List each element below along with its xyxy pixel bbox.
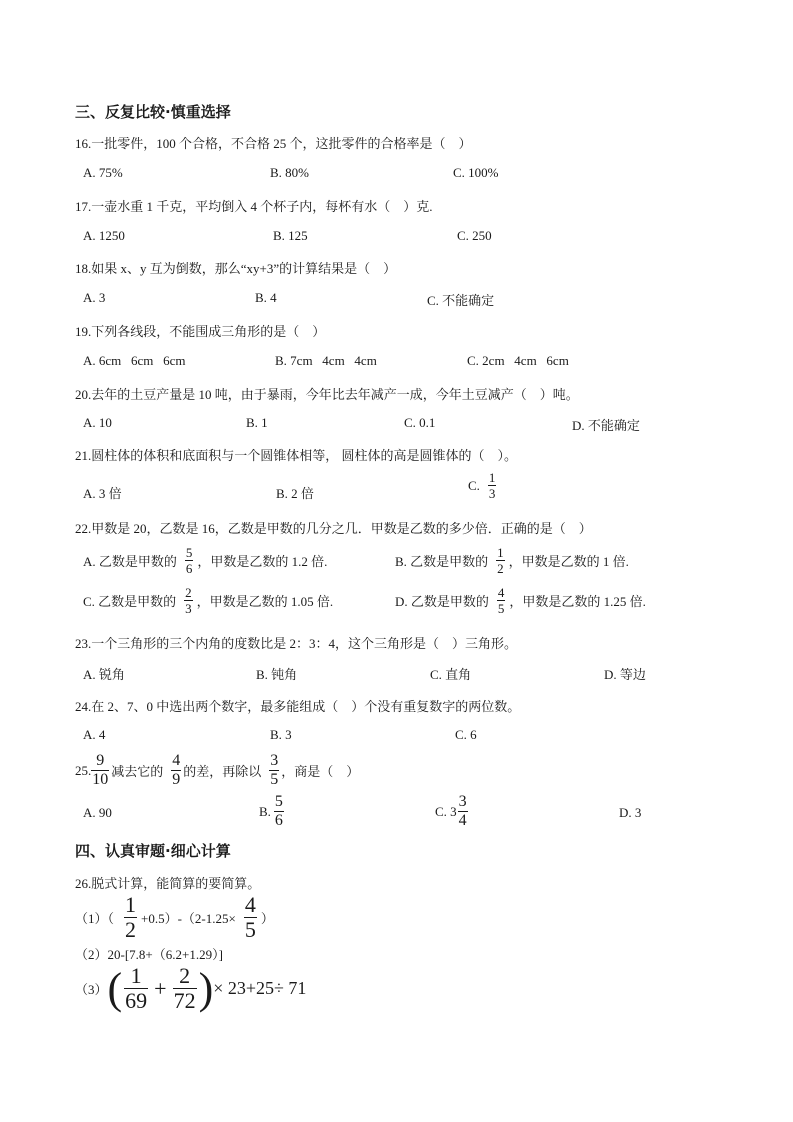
q17-option-a: A. 1250	[83, 228, 125, 244]
q21-option-c-label: C.	[468, 478, 480, 494]
q17-option-b: B. 125	[273, 228, 308, 244]
q18-option-c: C. 不能确定	[427, 290, 494, 309]
q21-fraction: 1 3	[488, 471, 497, 500]
question-19: 19.下列各线段，不能围成三角形的是（ ）	[75, 321, 325, 340]
q17-option-c: C. 250	[457, 228, 492, 244]
question-21: 21.圆柱体的体积和底面积与一个圆锥体相等， 圆柱体的高是圆锥体的（ ）。	[75, 445, 517, 464]
right-paren-icon: )	[199, 967, 214, 1011]
question-17: 17.一壶水重 1 千克，平均倒入 4 个杯子内，每杯有水（ ）克.	[75, 196, 433, 215]
q25-fraction-1: 9 10	[91, 753, 109, 788]
question-24: 24.在 2、7、0 中选出两个数字，最多能组成（ ）个没有重复数字的两位数。	[75, 696, 520, 715]
q20-option-c: C. 0.1	[404, 415, 435, 431]
q22-option-b: B. 乙数是甲数的 1 2 ，甲数是乙数的 1 倍.	[395, 546, 629, 575]
q26-part-3: （3） ( 1 69 + 2 72 ) × 23+25÷ 71	[75, 965, 306, 1012]
q23-option-c: C. 直角	[430, 664, 471, 683]
question-18: 18.如果 x、y 互为倒数，那么“xy+3”的计算结果是（ ）	[75, 258, 396, 277]
q16-option-a: A. 75%	[83, 165, 123, 181]
question-20: 20.去年的土豆产量是 10 吨，由于暴雨，今年比去年减产一成，今年土豆减产（ …	[75, 384, 579, 403]
question-22: 22.甲数是 20，乙数是 16，乙数是甲数的几分之几．甲数是乙数的多少倍．正确…	[75, 518, 592, 537]
q19-option-c: C. 2cm 4cm 6cm	[467, 353, 569, 369]
q22-option-d: D. 乙数是甲数的 4 5 ，甲数是乙数的 1.25 倍.	[395, 586, 646, 615]
q21-option-a: A. 3 倍	[83, 483, 122, 502]
q22-d-fraction: 4 5	[497, 586, 506, 615]
q25-fraction-3: 3 5	[269, 753, 279, 788]
q18-option-b: B. 4	[255, 290, 277, 306]
q26-p1-fraction-1: 1 2	[124, 894, 137, 941]
q24-option-c: C. 6	[455, 727, 477, 743]
q26-part-2: （2）20-[7.8+（6.2+1.29）]	[75, 944, 223, 963]
q16-option-b: B. 80%	[270, 165, 309, 181]
q22-b-fraction: 1 2	[496, 546, 505, 575]
left-paren-icon: (	[108, 967, 123, 1011]
q25-option-a: A. 90	[83, 805, 112, 821]
q23-option-b: B. 钝角	[256, 664, 297, 683]
q19-option-b: B. 7cm 4cm 4cm	[275, 353, 377, 369]
q25-b-fraction: 5 6	[274, 794, 284, 829]
q26-part-1: （1）（ 1 2 +0.5）-（2-1.25× 4 5 ）	[75, 894, 274, 941]
q25-c-fraction: 3 4	[458, 794, 468, 829]
q25-option-d: D. 3	[619, 805, 641, 821]
q25-fraction-2: 4 9	[171, 753, 181, 788]
question-26: 26.脱式计算，能简算的要简算。	[75, 873, 260, 892]
q21-option-b: B. 2 倍	[276, 483, 314, 502]
q19-option-a: A. 6cm 6cm 6cm	[83, 353, 186, 369]
q26-p3-fraction-1: 1 69	[124, 965, 148, 1012]
section-title-4: 四、认真审题·细心计算	[75, 840, 231, 861]
q18-option-a: A. 3	[83, 290, 105, 306]
q20-option-b: B. 1	[246, 415, 268, 431]
q16-option-c: C. 100%	[453, 165, 499, 181]
section-title-3: 三、反复比较·慎重选择	[75, 101, 231, 122]
q22-option-a: A. 乙数是甲数的 5 6 ，甲数是乙数的 1.2 倍.	[83, 546, 327, 575]
q24-option-a: A. 4	[83, 727, 105, 743]
q22-a-fraction: 5 6	[185, 546, 194, 575]
question-16: 16.一批零件，100 个合格，不合格 25 个，这批零件的合格率是（ ）	[75, 133, 472, 152]
q22-c-fraction: 2 3	[184, 586, 193, 615]
q25-option-b: B. 5 6	[259, 794, 286, 829]
q21-option-c: C. 1 3	[468, 471, 498, 500]
q26-p3-fraction-2: 2 72	[173, 965, 197, 1012]
q23-option-d: D. 等边	[604, 664, 646, 683]
q24-option-b: B. 3	[270, 727, 292, 743]
q20-option-a: A. 10	[83, 415, 112, 431]
q22-option-c: C. 乙数是甲数的 2 3 ，甲数是乙数的 1.05 倍.	[83, 586, 333, 615]
q23-option-a: A. 锐角	[83, 664, 125, 683]
q26-p1-fraction-2: 4 5	[244, 894, 257, 941]
question-25: 25. 9 10 减去它的 4 9 的差，再除以 3 5 ，商是（ ）	[75, 753, 359, 788]
q25-option-c: C. 3 3 4	[435, 794, 470, 829]
question-23: 23.一个三角形的三个内角的度数比是 2：3：4，这个三角形是（ ）三角形。	[75, 633, 517, 652]
q20-option-d: D. 不能确定	[572, 415, 640, 434]
